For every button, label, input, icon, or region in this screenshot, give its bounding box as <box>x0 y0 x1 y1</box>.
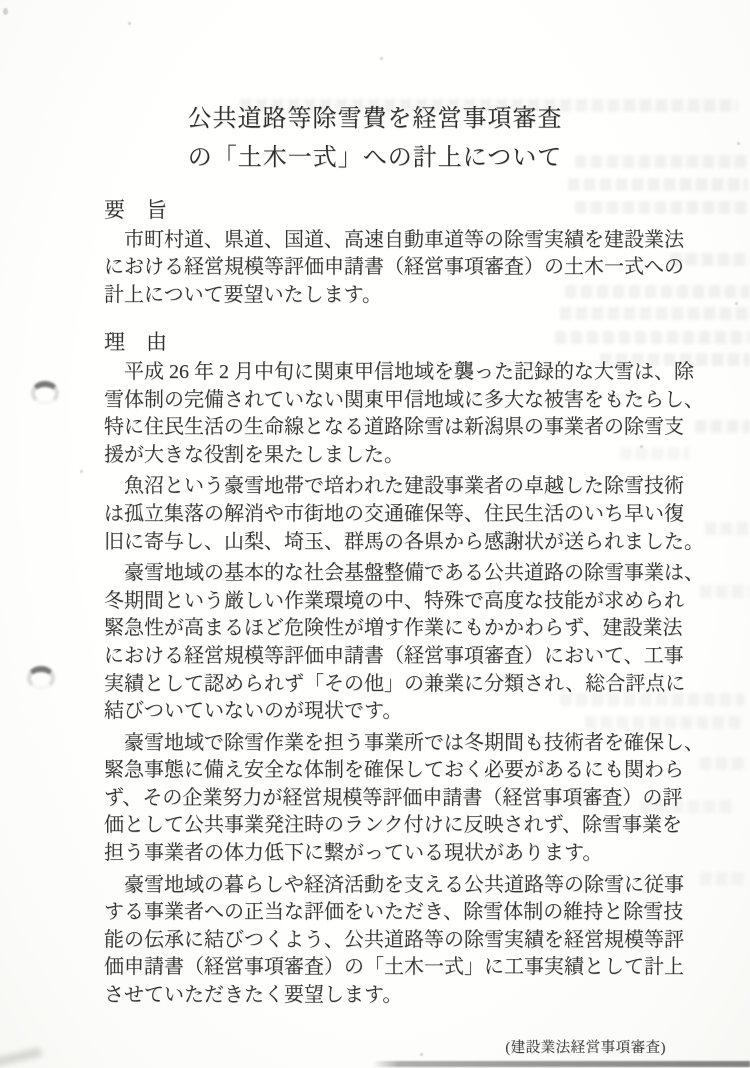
scan-speck <box>128 22 131 25</box>
paragraph: 豪雪地域で除雪作業を担う事業所では冬期間も技術者を確保し、緊急事態に備え安全な体… <box>104 730 716 868</box>
text-line: 冬期間という厳しい作業環境の中、特殊で高度な技能が求められ <box>104 588 716 616</box>
text-line: 価として公共事業発注時のランク付けに反映されず、除雪事業を <box>104 812 716 840</box>
document-section: 理 由 平成 26 年 2 月中旬に関東甲信地域を襲った記録的な大雪は、除雪体制… <box>104 329 716 1009</box>
punch-hole-shadow-top <box>31 381 59 405</box>
punch-hole-shadow-bottom <box>27 666 55 690</box>
section-heading: 理 由 <box>104 329 716 357</box>
text-line: 価申請書（経営事項審査）の「土木一式」に工事実績として計上 <box>104 954 716 982</box>
text-line: 雪体制の完備されていない関東甲信地域に多大な被害をもたらし、 <box>104 387 716 415</box>
paragraph: 豪雪地域の暮らしや経済活動を支える公共道路等の除雪に従事する事業者への正当な評価… <box>104 872 716 1010</box>
section-heading: 要 旨 <box>104 197 716 225</box>
document-title: 公共道路等除雪費を経営事項審査 の「土木一式」への計上について <box>55 100 695 178</box>
text-line: ず、その企業努力が経営規模等評価申請書（経営事項審査）の評 <box>104 785 716 813</box>
scan-speck <box>80 470 83 473</box>
text-line: における経営規模等評価申請書（経営事項審査）の土木一式への <box>104 254 716 282</box>
text-line: 市町村道、県道、国道、高速自動車道等の除雪実績を建設業法 <box>104 227 716 255</box>
text-line: 特に住民生活の生命線となる道路除雪は新潟県の事業者の除雪支 <box>104 414 716 442</box>
text-line: させていただきたく要望します。 <box>104 982 716 1010</box>
page-corner-shadow <box>0 1047 42 1067</box>
text-line: 計上について要望いたします。 <box>104 282 716 310</box>
scan-speck <box>735 302 738 305</box>
text-line: 魚沼という豪雪地帯で培われた建設事業者の卓越した除雪技術 <box>104 473 716 501</box>
text-line: 豪雪地域で除雪作業を担う事業所では冬期間も技術者を確保し、 <box>104 730 716 758</box>
document-title-line-2: の「土木一式」への計上について <box>55 139 695 178</box>
scanned-document-page: 公共道路等除雪費を経営事項審査 の「土木一式」への計上について 要 旨 市町村道… <box>0 0 750 1068</box>
footer-note: (建設業法経営事項審査) <box>505 1036 666 1057</box>
text-line: 実績として認められず「その他」の兼業に分類され、総合評点に <box>104 671 716 699</box>
text-line: 豪雪地域の基本的な社会基盤整備である公共道路の除雪事業は、 <box>104 560 716 588</box>
paragraph: 市町村道、県道、国道、高速自動車道等の除雪実績を建設業法における経営規模等評価申… <box>104 227 716 310</box>
paragraph: 魚沼という豪雪地帯で培われた建設事業者の卓越した除雪技術は孤立集落の解消や市街地… <box>104 473 716 556</box>
text-line: 担う事業者の体力低下に繋がっている現状があります。 <box>104 840 716 868</box>
document-title-line-1: 公共道路等除雪費を経営事項審査 <box>55 100 695 139</box>
text-line: 豪雪地域の暮らしや経済活動を支える公共道路等の除雪に従事 <box>104 872 716 900</box>
scan-speck <box>420 1053 423 1056</box>
paragraph: 平成 26 年 2 月中旬に関東甲信地域を襲った記録的な大雪は、除雪体制の完備さ… <box>104 359 716 469</box>
scan-speck <box>737 142 740 145</box>
text-line: 平成 26 年 2 月中旬に関東甲信地域を襲った記録的な大雪は、除 <box>104 359 716 387</box>
text-line: における経営規模等評価申請書（経営事項審査）において、工事 <box>104 643 716 671</box>
text-line: は孤立集落の解消や市街地の交通確保等、住民生活のいち早い復 <box>104 501 716 529</box>
document-section: 要 旨 市町村道、県道、国道、高速自動車道等の除雪実績を建設業法における経営規模… <box>104 197 716 309</box>
document-sections: 要 旨 市町村道、県道、国道、高速自動車道等の除雪実績を建設業法における経営規模… <box>104 197 716 1010</box>
bleedthrough-mark <box>568 178 748 191</box>
text-line: する事業者への正当な評価をいただき、除雪体制の維持と除雪技 <box>104 899 716 927</box>
text-line: 緊急事態に備え安全な体制を確保しておく必要があるにも関わら <box>104 757 716 785</box>
text-line: 結びついていないのが現状です。 <box>104 698 716 726</box>
paragraph: 豪雪地域の基本的な社会基盤整備である公共道路の除雪事業は、冬期間という厳しい作業… <box>104 560 716 726</box>
text-line: 旧に寄与し、山梨、埼玉、群馬の各県から感謝状が送られました。 <box>104 529 716 557</box>
text-line: 能の伝承に結びつくよう、公共道路等の除雪実績を経営規模等評 <box>104 927 716 955</box>
scan-speck <box>3 8 8 15</box>
text-line: 援が大きな役割を果たしました。 <box>104 442 716 470</box>
text-line: 緊急性が高まるほど危険性が増す作業にもかかわらず、建設業法 <box>104 615 716 643</box>
scan-edge-band <box>372 1061 750 1067</box>
scan-speck <box>380 57 383 60</box>
